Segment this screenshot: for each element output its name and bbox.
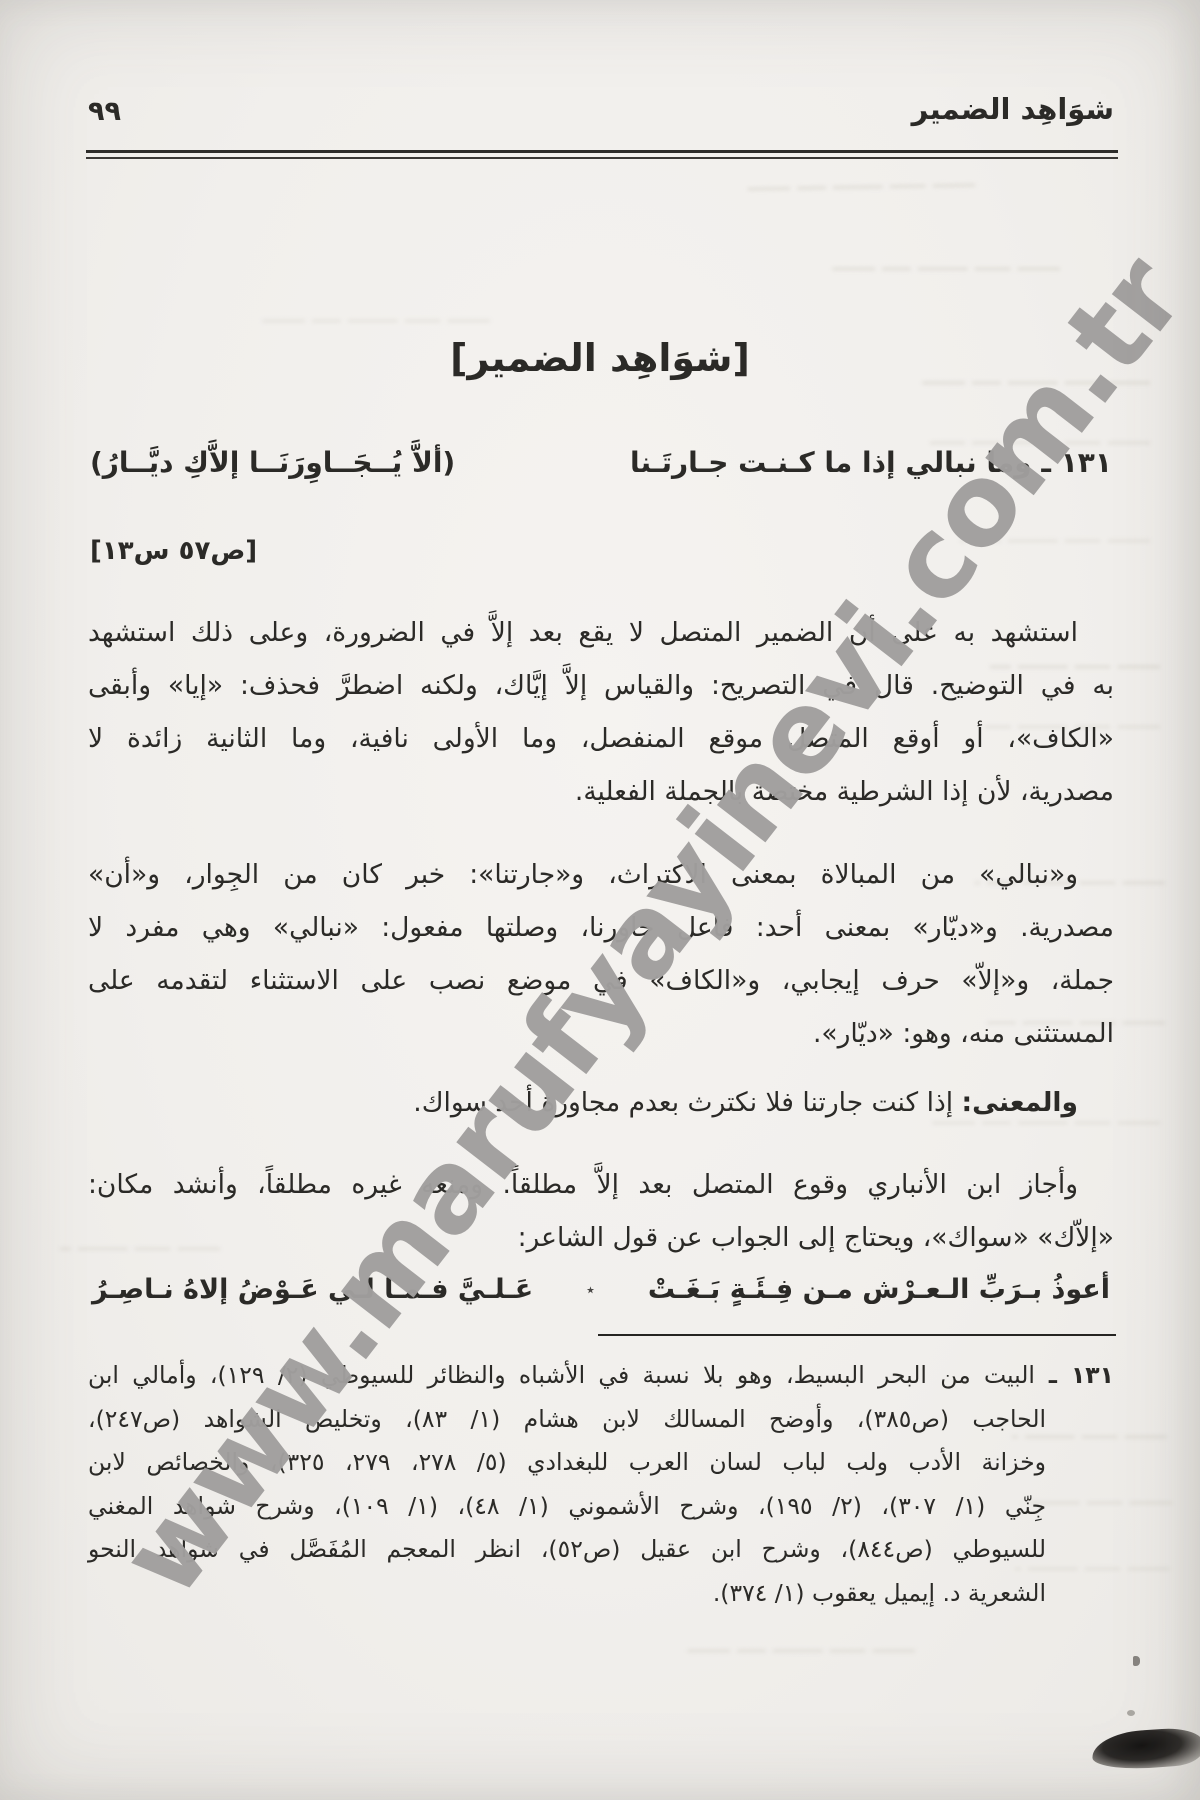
text-line: به في التوضيح. قال في التصريح: والقياس إ… [88,659,1114,712]
footnote-separator-rule [598,1334,1116,1336]
footnote-line: ١٣١ ـ البيت من البحر البسيط، وهو بلا نسب… [88,1354,1114,1398]
hemistich-separator-star: ٭ [586,1280,595,1299]
paragraph-meaning: والمعنى: إذا كنت جارتنا فلا نكترث بعدم م… [88,1076,1114,1129]
section-title: [شوَاهِد الضمير] [0,336,1200,380]
paragraph-commentary-1: استشهد به على أن الضمير المتصل لا يقع بع… [88,606,1114,818]
scan-speck [1133,1656,1140,1666]
page-number: ٩٩ [88,96,121,127]
text-line: استشهد به على أن الضمير المتصل لا يقع بع… [88,606,1114,659]
text-line: «إلاّك» «سواك»، ويحتاج إلى الجواب عن قول… [88,1211,1114,1264]
verse-second-hemistich: (ألاَّ يُــجَــاوِرَنَــا إلاَّكِ ديَّــ… [90,446,455,479]
footnote-line: الحاجب (ص٣٨٥)، وأوضح المسالك لابن هشام (… [88,1398,1114,1442]
footnote-line: جِنّي (١/ ٣٠٧)، (٢/ ١٩٥)، وشرح الأشموني … [88,1485,1114,1529]
verse-number: ١٣١ ـ [1041,446,1112,479]
text-line: مصدرية. و«ديّار» بمعنى أحد: فاعل حاورنا،… [88,901,1114,954]
text-line: وأجاز ابن الأنباري وقوع المتصل بعد إلاَّ… [88,1158,1114,1211]
header-double-rule [86,150,1118,159]
paragraph-commentary-3: وأجاز ابن الأنباري وقوع المتصل بعد إلاَّ… [88,1158,1114,1264]
footnote-text: البيت من البحر البسيط، وهو بلا نسبة في ا… [88,1361,1035,1389]
cited-verse-line: أعوذُ بـرَبِّ الـعـرْش مـن فِـئَـةٍ بَـغ… [92,1274,1110,1305]
verse-first-hemistich: وما نبالي إذا ما كـنـت جـارتَـنا [630,446,1032,479]
cited-verse-first-hemistich: أعوذُ بـرَبِّ الـعـرْش مـن فِـئَـةٍ بَـغ… [648,1274,1110,1305]
footnote-line: للسيوطي (ص٨٤٤)، وشرح ابن عقيل (ص٥٢)، انظ… [88,1528,1114,1572]
verse-number-and-first-hemistich: ١٣١ ـ وما نبالي إذا ما كـنـت جـارتَـنا [630,446,1112,479]
scan-speck [1127,1710,1135,1716]
verse-source-reference: [ص٥٧ س١٣] [90,536,257,566]
text-line: المستثنى منه، وهو: «ديّار». [88,1007,1114,1060]
paragraph-commentary-2: و«نبالي» من المبالاة بمعنى الاكتراث، و«ج… [88,848,1114,1060]
meaning-text: إذا كنت جارتنا فلا نكترث بعدم مجاورة أحد… [413,1087,961,1118]
meaning-label: والمعنى: [962,1087,1078,1118]
running-head-title: شوَاهِد الضمير [912,92,1114,126]
scanned-book-page: { "header": { "page_number": "٩٩", "titl… [0,0,1200,1800]
footnote-number: ١٣١ ـ [1035,1361,1114,1389]
page-content: ٩٩ شوَاهِد الضمير [شوَاهِد الضمير] ١٣١ ـ… [0,0,1200,1800]
text-line: جملة، و«إلاّ» حرف إيجابي، و«الكاف» في مو… [88,954,1114,1007]
footnote-block: ١٣١ ـ البيت من البحر البسيط، وهو بلا نسب… [88,1354,1114,1615]
cited-verse-second-hemistich: عَـلـيَّ فـمـا لـي عَـوْضُ إلاهُ نـاصِـر… [92,1274,533,1305]
text-line: «الكاف»، أو أوقع المتصل موقع المنفصل، وم… [88,712,1114,765]
verse-line-131: ١٣١ ـ وما نبالي إذا ما كـنـت جـارتَـنا (… [90,446,1112,479]
text-line: و«نبالي» من المبالاة بمعنى الاكتراث، و«ج… [88,848,1114,901]
text-line: مصدرية، لأن إذا الشرطية مختصة بالجملة ال… [88,765,1114,818]
footnote-line: الشعرية د. إيميل يعقوب (١/ ٣٧٤). [88,1572,1114,1616]
footnote-line: وخزانة الأدب ولب لباب لسان العرب للبغداد… [88,1441,1114,1485]
